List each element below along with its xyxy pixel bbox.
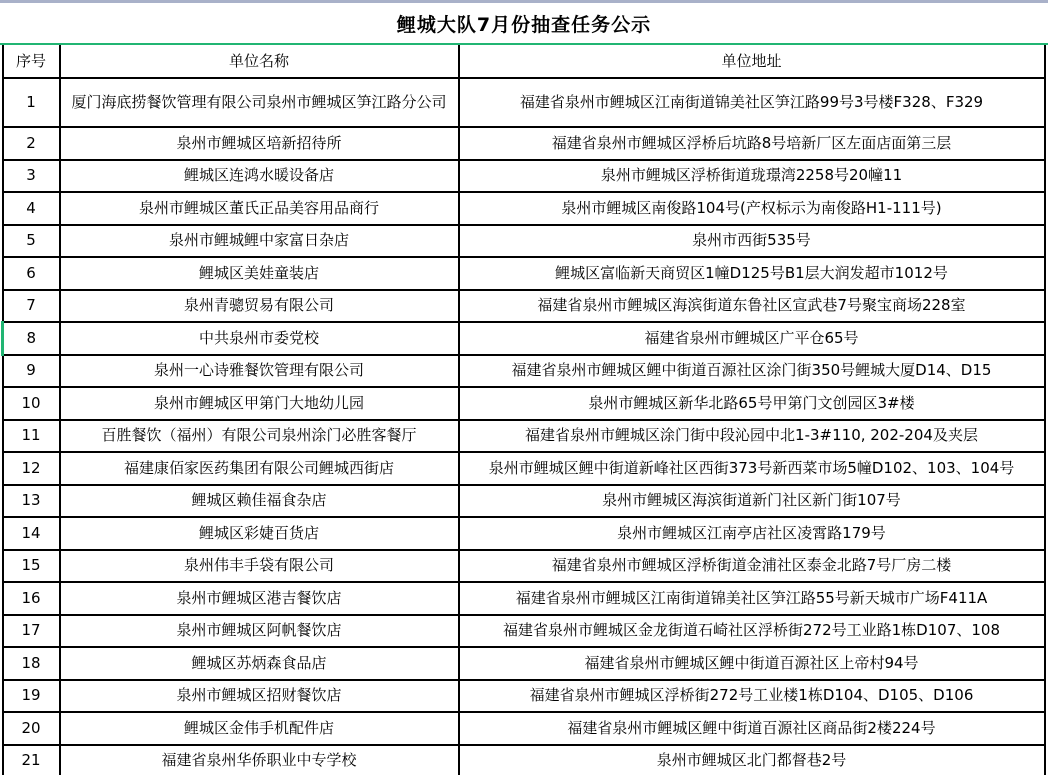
unit-address: 福建省泉州市鲤城区江南街道锦美社区笋江路99号3号楼F328、F329 xyxy=(459,78,1045,127)
inspection-task-table: 序号 单位名称 单位地址 1厦门海底捞餐饮管理有限公司泉州市鲤城区笋江路分公司福… xyxy=(1,45,1046,775)
unit-address: 福建省泉州市鲤城区金龙街道石崎社区浮桥街272号工业路1栋D107、108 xyxy=(459,615,1045,648)
row-index: 11 xyxy=(3,420,60,453)
row-index: 16 xyxy=(3,582,60,615)
table-row: 3鲤城区连鸿水暖设备店泉州市鲤城区浮桥街道珑璟湾2258号20幢11 xyxy=(3,160,1045,193)
row-index: 13 xyxy=(3,485,60,518)
unit-address: 福建省泉州市鲤城区江南街道锦美社区笋江路55号新天城市广场F411A xyxy=(459,582,1045,615)
unit-address: 福建省泉州市鲤城区海滨街道东鲁社区宣武巷7号聚宝商场228室 xyxy=(459,290,1045,323)
unit-name: 泉州伟丰手袋有限公司 xyxy=(60,550,459,583)
unit-address: 福建省泉州市鲤城区涂门街中段沁园中北1-3#110, 202-204及夹层 xyxy=(459,420,1045,453)
unit-name: 百胜餐饮（福州）有限公司泉州涂门必胜客餐厅 xyxy=(60,420,459,453)
announcement-sheet: 鲤城大队7月份抽查任务公示 序号 单位名称 单位地址 1厦门海底捞餐饮管理有限公… xyxy=(0,0,1048,775)
unit-address: 福建省泉州市鲤城区浮桥街272号工业楼1栋D104、D105、D106 xyxy=(459,680,1045,713)
table-row: 6鲤城区美娃童装店鲤城区富临新天商贸区1幢D125号B1层大润发超市1012号 xyxy=(3,257,1045,290)
unit-name: 泉州青骢贸易有限公司 xyxy=(60,290,459,323)
row-index: 15 xyxy=(3,550,60,583)
row-index: 20 xyxy=(3,712,60,745)
unit-name: 鲤城区连鸿水暖设备店 xyxy=(60,160,459,193)
unit-name: 中共泉州市委党校 xyxy=(60,322,459,355)
unit-address: 泉州市鲤城区北门都督巷2号 xyxy=(459,745,1045,775)
row-index: 5 xyxy=(3,225,60,258)
table-row: 19泉州市鲤城区招财餐饮店福建省泉州市鲤城区浮桥街272号工业楼1栋D104、D… xyxy=(3,680,1045,713)
unit-address: 福建省泉州市鲤城区浮桥后坑路8号培新厂区左面店面第三层 xyxy=(459,127,1045,160)
table-row: 20鲤城区金伟手机配件店福建省泉州市鲤城区鲤中街道百源社区商品街2楼224号 xyxy=(3,712,1045,745)
table-row: 21福建省泉州华侨职业中专学校泉州市鲤城区北门都督巷2号 xyxy=(3,745,1045,775)
row-index: 2 xyxy=(3,127,60,160)
unit-address: 泉州市鲤城区南俊路104号(产权标示为南俊路H1-111号) xyxy=(459,192,1045,225)
unit-name: 厦门海底捞餐饮管理有限公司泉州市鲤城区笋江路分公司 xyxy=(60,78,459,127)
row-index: 12 xyxy=(3,452,60,485)
unit-address: 福建省泉州市鲤城区鲤中街道百源社区涂门街350号鲤城大厦D14、D15 xyxy=(459,355,1045,388)
column-header-name: 单位名称 xyxy=(60,45,459,78)
unit-name: 鲤城区赖佳福食杂店 xyxy=(60,485,459,518)
table-row: 10泉州市鲤城区甲第门大地幼儿园泉州市鲤城区新华北路65号甲第门文创园区3#楼 xyxy=(3,387,1045,420)
table-row: 17泉州市鲤城区阿帆餐饮店福建省泉州市鲤城区金龙街道石崎社区浮桥街272号工业路… xyxy=(3,615,1045,648)
unit-name: 泉州市鲤城区阿帆餐饮店 xyxy=(60,615,459,648)
table-row: 15泉州伟丰手袋有限公司福建省泉州市鲤城区浮桥街道金浦社区泰金北路7号厂房二楼 xyxy=(3,550,1045,583)
unit-name: 鲤城区美娃童装店 xyxy=(60,257,459,290)
row-index: 18 xyxy=(3,647,60,680)
unit-name: 鲤城区彩婕百货店 xyxy=(60,517,459,550)
unit-address: 泉州市西街535号 xyxy=(459,225,1045,258)
table-row: 7泉州青骢贸易有限公司福建省泉州市鲤城区海滨街道东鲁社区宣武巷7号聚宝商场228… xyxy=(3,290,1045,323)
row-index: 6 xyxy=(3,257,60,290)
column-header-address: 单位地址 xyxy=(459,45,1045,78)
row-index: 9 xyxy=(3,355,60,388)
unit-name: 鲤城区金伟手机配件店 xyxy=(60,712,459,745)
row-index: 19 xyxy=(3,680,60,713)
unit-address: 泉州市鲤城区海滨街道新门社区新门街107号 xyxy=(459,485,1045,518)
unit-name: 泉州市鲤城鲤中家富日杂店 xyxy=(60,225,459,258)
unit-address: 泉州市鲤城区浮桥街道珑璟湾2258号20幢11 xyxy=(459,160,1045,193)
table-row: 12福建康佰家医药集团有限公司鲤城西街店泉州市鲤城区鲤中街道新峰社区西街373号… xyxy=(3,452,1045,485)
table-row: 13鲤城区赖佳福食杂店泉州市鲤城区海滨街道新门社区新门街107号 xyxy=(3,485,1045,518)
unit-name: 泉州一心诗雅餐饮管理有限公司 xyxy=(60,355,459,388)
table-row: 1厦门海底捞餐饮管理有限公司泉州市鲤城区笋江路分公司福建省泉州市鲤城区江南街道锦… xyxy=(3,78,1045,127)
table-row: 4泉州市鲤城区董氏正品美容用品商行泉州市鲤城区南俊路104号(产权标示为南俊路H… xyxy=(3,192,1045,225)
table-row: 14鲤城区彩婕百货店泉州市鲤城区江南亭店社区凌霄路179号 xyxy=(3,517,1045,550)
row-index: 1 xyxy=(3,78,60,127)
table-row: 11百胜餐饮（福州）有限公司泉州涂门必胜客餐厅福建省泉州市鲤城区涂门街中段沁园中… xyxy=(3,420,1045,453)
unit-address: 福建省泉州市鲤城区鲤中街道百源社区商品街2楼224号 xyxy=(459,712,1045,745)
table-row: 8中共泉州市委党校福建省泉州市鲤城区广平仓65号 xyxy=(3,322,1045,355)
row-index: 7 xyxy=(3,290,60,323)
unit-name: 福建康佰家医药集团有限公司鲤城西街店 xyxy=(60,452,459,485)
unit-address: 鲤城区富临新天商贸区1幢D125号B1层大润发超市1012号 xyxy=(459,257,1045,290)
unit-address: 泉州市鲤城区江南亭店社区凌霄路179号 xyxy=(459,517,1045,550)
unit-name: 福建省泉州华侨职业中专学校 xyxy=(60,745,459,775)
unit-address: 福建省泉州市鲤城区广平仓65号 xyxy=(459,322,1045,355)
unit-name: 泉州市鲤城区董氏正品美容用品商行 xyxy=(60,192,459,225)
row-index: 21 xyxy=(3,745,60,775)
unit-name: 泉州市鲤城区培新招待所 xyxy=(60,127,459,160)
unit-address: 福建省泉州市鲤城区鲤中街道百源社区上帝村94号 xyxy=(459,647,1045,680)
table-row: 9泉州一心诗雅餐饮管理有限公司福建省泉州市鲤城区鲤中街道百源社区涂门街350号鲤… xyxy=(3,355,1045,388)
row-index: 4 xyxy=(3,192,60,225)
row-index: 3 xyxy=(3,160,60,193)
unit-name: 鲤城区苏炳森食品店 xyxy=(60,647,459,680)
table-row: 2泉州市鲤城区培新招待所福建省泉州市鲤城区浮桥后坑路8号培新厂区左面店面第三层 xyxy=(3,127,1045,160)
row-index: 8 xyxy=(3,322,60,355)
row-index: 17 xyxy=(3,615,60,648)
table-row: 18鲤城区苏炳森食品店福建省泉州市鲤城区鲤中街道百源社区上帝村94号 xyxy=(3,647,1045,680)
page-title: 鲤城大队7月份抽查任务公示 xyxy=(0,3,1048,43)
unit-address: 泉州市鲤城区鲤中街道新峰社区西街373号新西菜市场5幢D102、103、104号 xyxy=(459,452,1045,485)
unit-name: 泉州市鲤城区甲第门大地幼儿园 xyxy=(60,387,459,420)
unit-address: 福建省泉州市鲤城区浮桥街道金浦社区泰金北路7号厂房二楼 xyxy=(459,550,1045,583)
column-header-index: 序号 xyxy=(3,45,60,78)
table-row: 5泉州市鲤城鲤中家富日杂店泉州市西街535号 xyxy=(3,225,1045,258)
unit-address: 泉州市鲤城区新华北路65号甲第门文创园区3#楼 xyxy=(459,387,1045,420)
table-row: 16泉州市鲤城区港吉餐饮店福建省泉州市鲤城区江南街道锦美社区笋江路55号新天城市… xyxy=(3,582,1045,615)
row-index: 14 xyxy=(3,517,60,550)
unit-name: 泉州市鲤城区港吉餐饮店 xyxy=(60,582,459,615)
row-index: 10 xyxy=(3,387,60,420)
unit-name: 泉州市鲤城区招财餐饮店 xyxy=(60,680,459,713)
header-row: 序号 单位名称 单位地址 xyxy=(3,45,1045,78)
